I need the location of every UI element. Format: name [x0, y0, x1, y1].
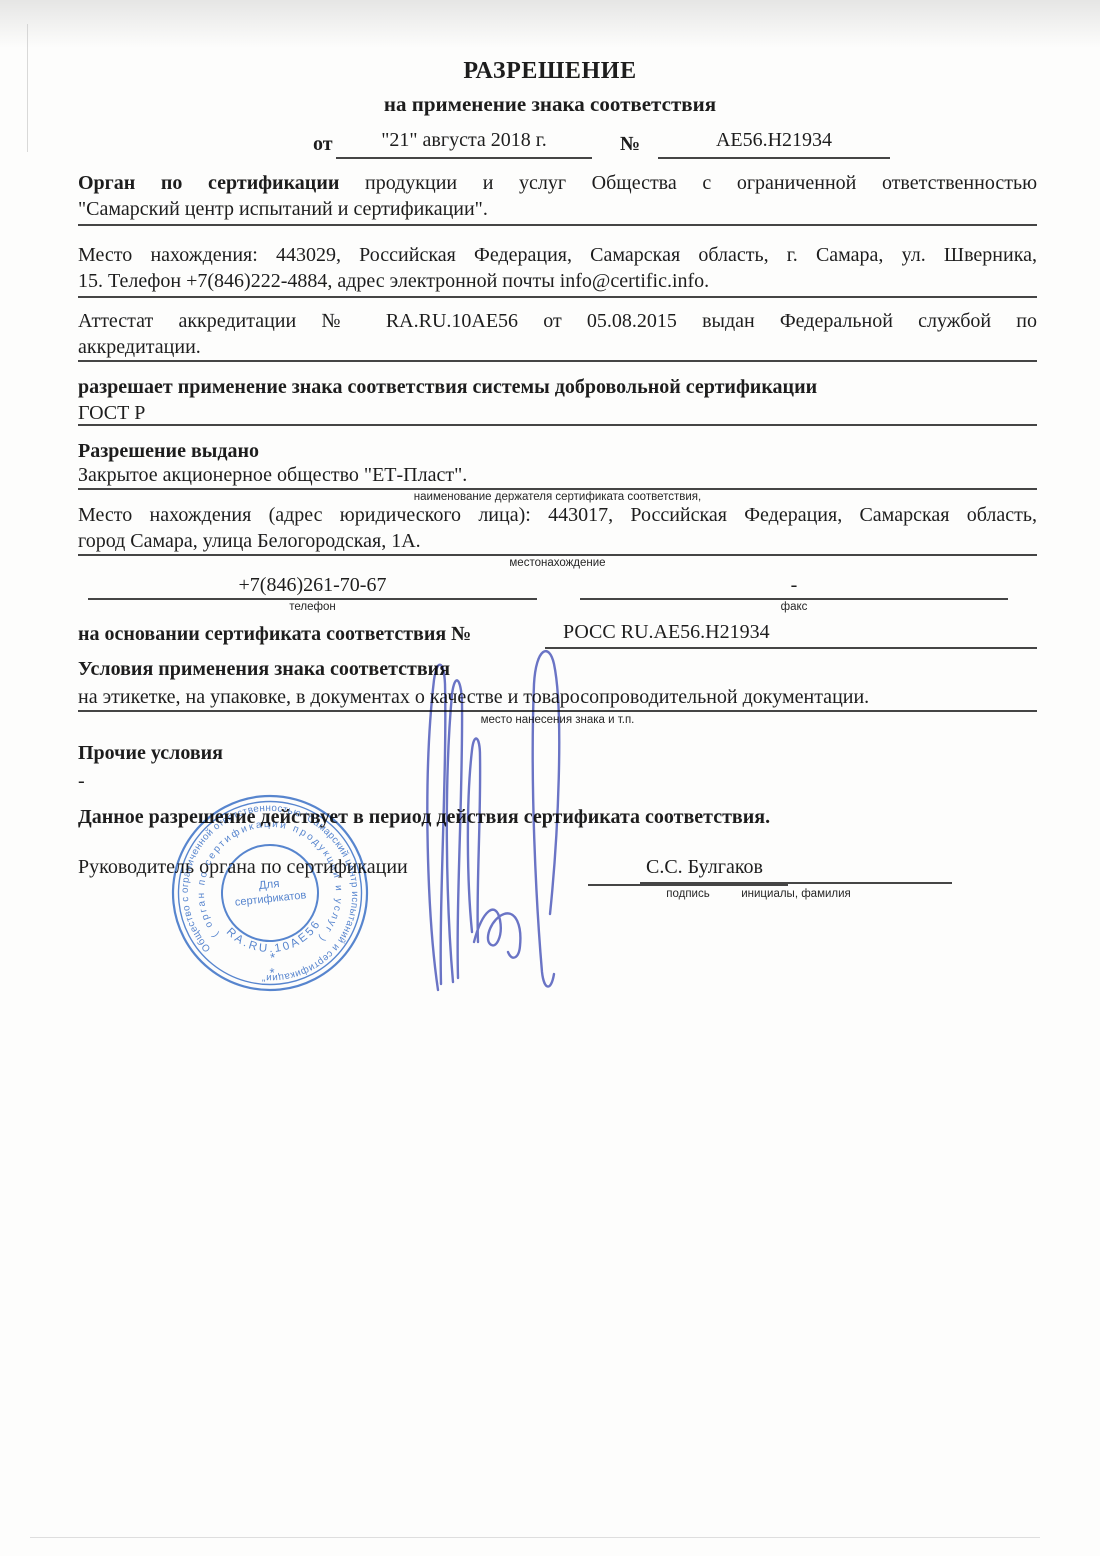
permits-system: ГОСТ Р: [78, 400, 1037, 426]
certification-body-line2: "Самарский центр испытаний и сертификаци…: [78, 196, 1037, 222]
issued-label: Разрешение выдано: [78, 438, 1037, 464]
certification-body-text: продукции и услуг Общества с ограниченно…: [365, 172, 1037, 194]
scan-edge-bottom: [30, 1537, 1040, 1538]
permits-label: разрешает применение знака соответствия …: [78, 374, 1037, 400]
holder-name: Закрытое акционерное общество "ЕТ-Пласт"…: [78, 462, 1037, 488]
round-stamp-graphic: Общество с ограниченной ответственностью…: [163, 786, 377, 1000]
fax-caption: факс: [580, 601, 1008, 614]
fax-field: -: [580, 572, 1008, 600]
scan-edge-line: [27, 24, 28, 152]
basis-certificate-number: РОСС RU.АЕ56.Н21934: [545, 619, 1037, 649]
signature-strokes: [427, 651, 559, 990]
stamp-star-2: *: [269, 965, 276, 980]
round-stamp: Общество с ограниченной ответственностью…: [163, 786, 377, 1000]
stamp-center-line1: Для: [258, 878, 280, 892]
holder-block: Закрытое акционерное общество "ЕТ-Пласт"…: [78, 462, 1037, 490]
body-location-block: Место нахождения: 443029, Российская Фед…: [78, 242, 1037, 298]
certification-body-block: Орган по сертификации продукции и услуг …: [78, 170, 1037, 226]
number-sign: №: [620, 131, 640, 157]
phone-caption: телефон: [88, 601, 537, 614]
phone-field: +7(846)261-70-67: [88, 572, 537, 600]
permits-block: разрешает применение знака соответствия …: [78, 374, 1037, 426]
scanned-permit-document: РАЗРЕШЕНИЕ на применение знака соответст…: [0, 0, 1100, 1556]
signature-ink: [408, 632, 598, 1007]
signer-name-caption: инициалы, фамилия: [640, 888, 952, 901]
certification-body-label: Орган по сертификации: [78, 172, 339, 194]
doc-title: РАЗРЕШЕНИЕ: [0, 58, 1100, 85]
body-location-line1: Место нахождения: 443029, Российская Фед…: [78, 242, 1037, 268]
doc-subtitle: на применение знака соответствия: [0, 92, 1100, 117]
body-location-line2: 15. Телефон +7(846)222-4884, адрес элект…: [78, 268, 1037, 294]
certification-body-line1: Орган по сертификации продукции и услуг …: [78, 170, 1037, 196]
number-field: АЕ56.Н21934: [658, 127, 890, 159]
date-prefix: от: [313, 131, 333, 157]
holder-location-line2: город Самара, улица Белогородская, 1А.: [78, 528, 1037, 554]
holder-location-block: Место нахождения (адрес юридического лиц…: [78, 502, 1037, 556]
signer-name: С.С. Булгаков: [640, 854, 952, 884]
stamp-center-line2: сертификатов: [234, 889, 307, 908]
date-field: "21" августа 2018 г.: [336, 127, 592, 159]
accreditation-block: Аттестат аккредитации № RA.RU.10AE56 от …: [78, 308, 1037, 362]
accreditation-line2: аккредитации.: [78, 334, 1037, 360]
accreditation-line1: Аттестат аккредитации № RA.RU.10AE56 от …: [78, 308, 1037, 334]
signature-ink-graphic: [408, 632, 598, 1007]
scan-shadow-top: [0, 0, 1100, 48]
holder-location-caption: местонахождение: [78, 557, 1037, 570]
holder-location-line1: Место нахождения (адрес юридического лиц…: [78, 502, 1037, 528]
